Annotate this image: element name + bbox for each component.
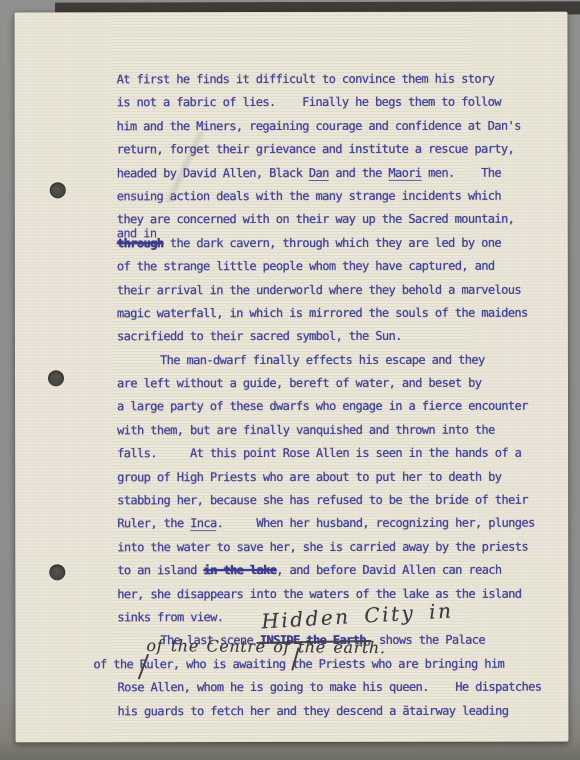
typed-text-segment: him and the Miners, regaining courage an… — [117, 118, 521, 133]
overtyped-underlined-text: Maori — [388, 165, 421, 180]
typed-line: Rose Allen, whom he is going to make his… — [117, 676, 557, 700]
typed-line: At first he finds it difficult to convin… — [117, 68, 557, 92]
typed-text-segment: , and before David Allen can reach — [276, 563, 501, 577]
typed-line: The man-dwarf finally effects his escape… — [117, 348, 557, 372]
typed-line: through the dark cavern, through which t… — [117, 231, 557, 255]
typed-line: Ruler, the Inca. When her husband, recog… — [117, 512, 557, 536]
typed-line: falls. At this point Rose Allen is seen … — [117, 442, 557, 466]
typed-line: their arrival in the underworld where th… — [117, 278, 557, 302]
typed-text-segment: The man-dwarf finally effects his escape… — [160, 352, 485, 366]
punch-hole — [49, 564, 65, 580]
typed-text-segment: are left without a guide, bereft of wate… — [117, 376, 481, 391]
typed-line: is not a fabric of lies. Finally he begs… — [117, 91, 557, 115]
typed-line: his guards to fetch her and they descend… — [117, 699, 557, 723]
typed-text-segment: of the Ruler, who is awaiting the Priest… — [93, 656, 504, 671]
typed-line: him and the Miners, regaining courage an… — [117, 114, 557, 138]
typed-text-segment: group of High Priests who are about to p… — [117, 469, 501, 484]
typed-line: ensuing action deals with the many stran… — [117, 185, 557, 209]
typed-text-segment: a large party of these dwarfs who engage… — [117, 399, 528, 414]
typed-line: a large party of these dwarfs who engage… — [117, 395, 557, 419]
typed-line: magic waterfall, in which is mirrored th… — [117, 302, 557, 326]
typed-text-segment: into the water to save her, she is carri… — [117, 539, 528, 554]
typed-text-segment: with them, but are finally vanquished an… — [117, 423, 495, 438]
typed-text-segment: ensuing action deals with the many stran… — [117, 189, 501, 204]
punch-hole — [50, 182, 66, 198]
typed-text-segment: stabbing her, because she has refused to… — [117, 493, 528, 508]
typed-text-segment: At first he finds it difficult to convin… — [117, 72, 495, 87]
typed-text-segment: falls. At this point Rose Allen is seen … — [117, 446, 521, 461]
typed-text-segment: headed by David Allen, Black — [117, 166, 309, 180]
typed-line: into the water to save her, she is carri… — [117, 535, 557, 559]
typed-text-segment: to an island — [117, 563, 203, 577]
typed-text-segment: of the strange little people whom they h… — [117, 259, 495, 274]
typed-text-segment: sinks from view. — [117, 610, 223, 624]
punch-hole — [48, 370, 64, 386]
typed-text-segment: return, forget their grievance and insti… — [117, 142, 515, 157]
typed-line: sacrifiedd to their sacred symbol, the S… — [117, 325, 557, 349]
typed-text-segment: they are concerned with on their way up … — [117, 212, 515, 227]
typed-insertion-and-in: and in — [117, 226, 157, 240]
typed-text-segment: . When her husband, recognizing her, plu… — [217, 516, 535, 530]
overtyped-underlined-text: Inca — [190, 517, 217, 532]
handwritten-correction-centre-of-earth: of the Centre of the earth. — [146, 636, 385, 657]
typed-text-segment: their arrival in the underworld where th… — [117, 282, 521, 297]
overtyped-underlined-text: Dan — [309, 166, 329, 181]
typed-text-segment: her, she disappears into the waters of t… — [117, 586, 521, 601]
typed-line: with them, but are finally vanquished an… — [117, 418, 557, 442]
typed-line: headed by David Allen, Black Dan and the… — [117, 161, 557, 185]
typed-text-segment: magic waterfall, in which is mirrored th… — [117, 306, 528, 321]
typed-struck-text: in the lake — [203, 563, 276, 577]
typed-text-segment: Ruler, the — [117, 517, 190, 531]
typed-text-segment: is not a fabric of lies. Finally he begs… — [117, 95, 501, 110]
typed-line: stabbing her, because she has refused to… — [117, 489, 557, 513]
typed-text-segment: the dark cavern, through which they are … — [163, 235, 501, 249]
typed-text-segment: his guards to fetch her and they descend… — [117, 703, 508, 718]
typed-line: return, forget their grievance and insti… — [117, 138, 557, 162]
typed-line: her, she disappears into the waters of t… — [117, 582, 557, 606]
typed-text-segment: and the — [329, 165, 389, 179]
scan-background: { "document": { "kind": "typewritten-man… — [0, 0, 580, 760]
typed-text-segment: sacrifiedd to their sacred symbol, the S… — [117, 329, 402, 343]
typed-text-segment: Rose Allen, whom he is going to make his… — [117, 680, 541, 695]
typed-line: they are concerned with on their way up … — [117, 208, 557, 232]
typed-line: of the strange little people whom they h… — [117, 255, 557, 279]
typed-line: are left without a guide, bereft of wate… — [117, 372, 557, 396]
typed-line: group of High Priests who are about to p… — [117, 465, 557, 489]
typed-text-segment: men. The — [421, 165, 501, 179]
typed-line: to an island in the lake, and before Dav… — [117, 559, 557, 583]
manuscript-page: At first he finds it difficult to convin… — [14, 12, 568, 743]
